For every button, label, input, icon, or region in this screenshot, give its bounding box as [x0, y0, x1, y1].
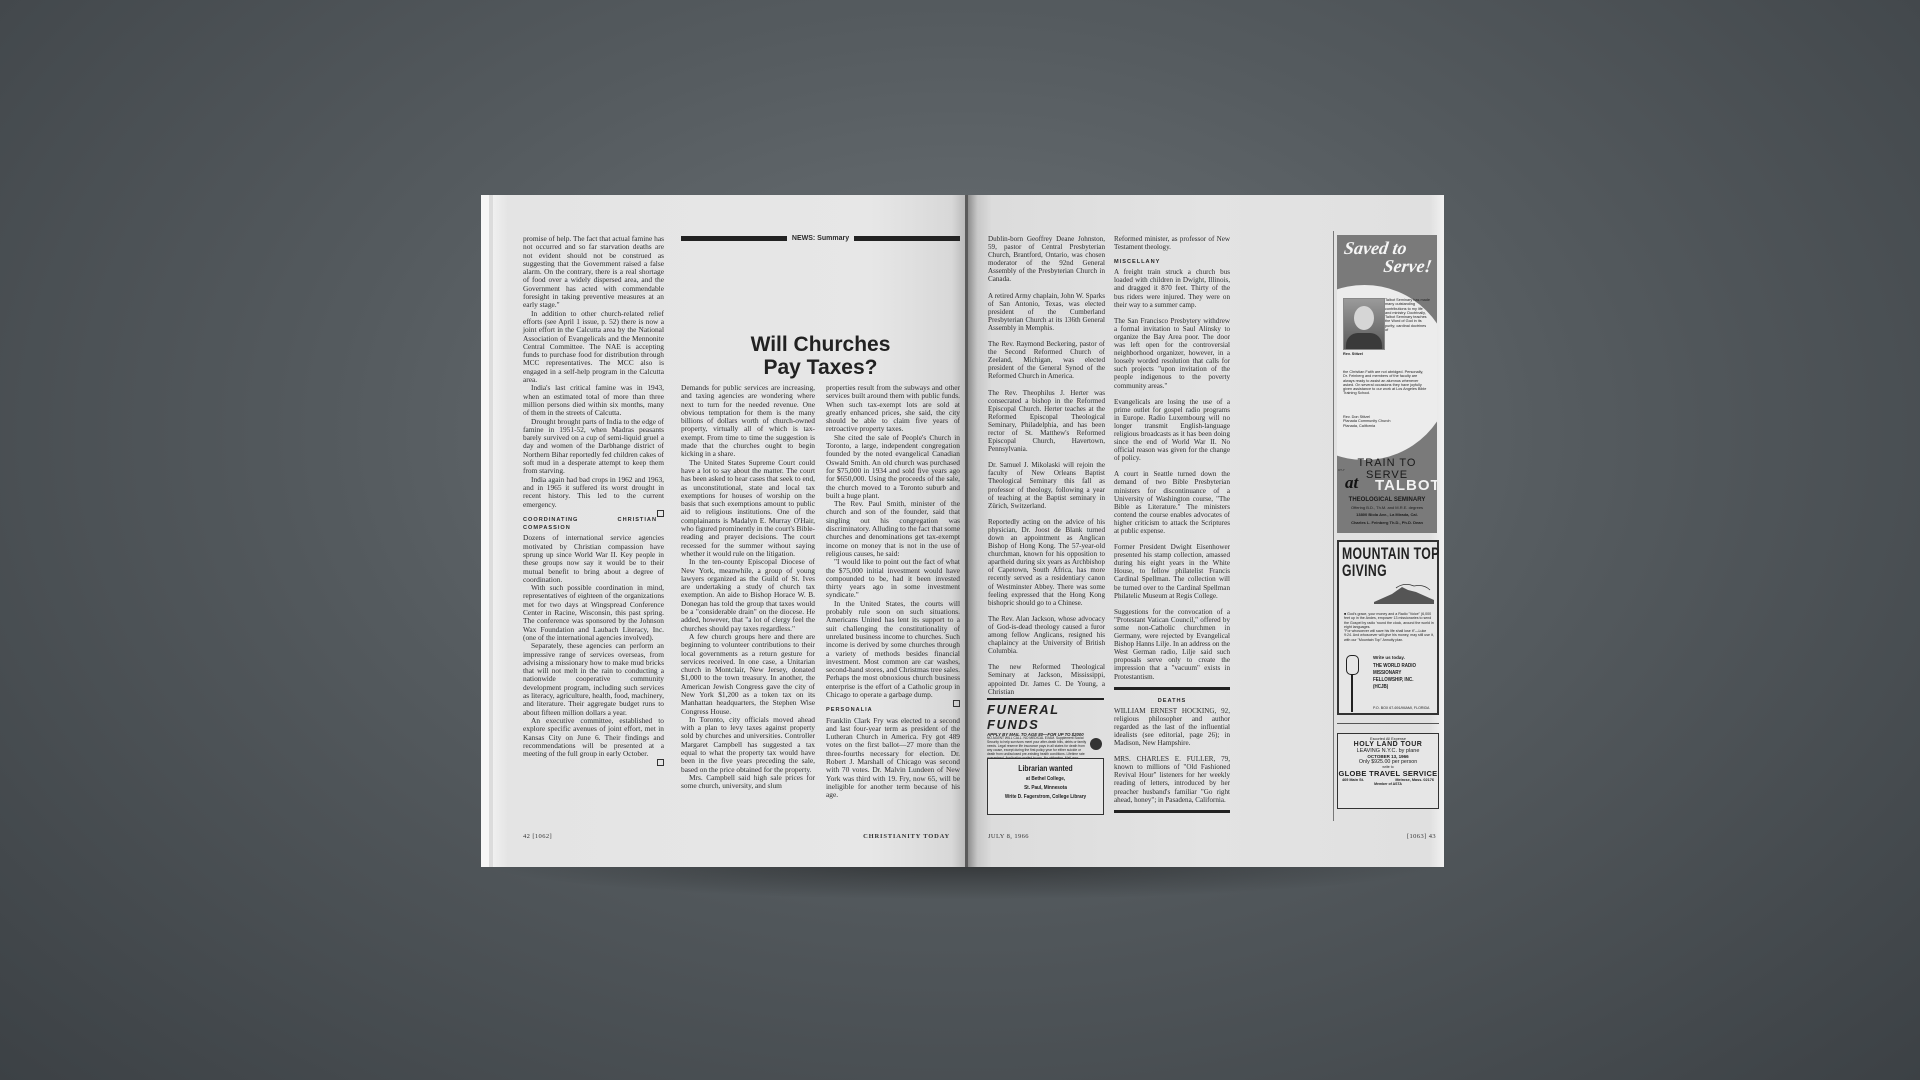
paragraph: Demands for public services are increasi… — [681, 384, 815, 459]
right-column-1: Dublin-born Geoffrey Deane Johnston, 59,… — [988, 235, 1105, 696]
ad-title: HOLY LAND TOUR — [1338, 741, 1438, 748]
paragraph: Reformed minister, as professor of New T… — [1114, 235, 1230, 251]
org-line: FELLOWSHIP, INC. (HCJB) — [1373, 677, 1427, 691]
obituary: WILLIAM ERNEST HOCKING, 92, religious ph… — [1114, 707, 1230, 747]
paragraph: Dublin-born Geoffrey Deane Johnston, 59,… — [988, 235, 1105, 284]
section-heading: DEATHS — [1114, 697, 1230, 705]
ad-headline: Saved to Serve! — [1340, 239, 1435, 275]
paragraph: The San Francisco Presbytery withdrew a … — [1114, 317, 1230, 390]
org-line: THE WORLD RADIO — [1373, 663, 1427, 670]
end-mark-icon — [657, 510, 664, 517]
ad-membership: Member of ASTA — [1338, 782, 1438, 786]
paragraph: Drought brought parts of India to the ed… — [523, 418, 664, 476]
divider — [1337, 723, 1439, 724]
ad-title: MOUNTAIN TOP — [1342, 545, 1408, 562]
suit-shape — [1346, 333, 1382, 349]
paragraph: A retired Army chaplain, John W. Sparks … — [988, 292, 1105, 332]
left-page-number: 42 [1062] — [523, 833, 552, 840]
section-label: NEWS: Summary — [787, 235, 854, 242]
ad-address: P.O. BOX 67-691/MIAMI, FLORIDA — [1373, 706, 1429, 710]
issue-date: JULY 8, 1966 — [988, 833, 1029, 840]
paragraph: properties result from the subways and o… — [826, 384, 960, 434]
librarian-wanted-ad[interactable]: Librarian wanted at Bethel College, St. … — [987, 758, 1104, 815]
end-mark-icon — [657, 759, 664, 766]
ad-organization: THE WORLD RADIO MISSIONARY FELLOWSHIP, I… — [1373, 663, 1427, 691]
talbot-seminary-ad[interactable]: Saved to Serve! Rev. Stitzel Talbot Semi… — [1337, 235, 1437, 533]
article-headline: Will Churches Pay Taxes? — [681, 333, 960, 379]
paragraph: promise of help. The fact that actual fa… — [523, 235, 664, 310]
paragraph: Separately, these agencies can perform a… — [523, 642, 664, 717]
section-heading: MISCELLANY — [1114, 258, 1230, 266]
ad-brand: TALBOT — [1375, 477, 1437, 494]
funeral-funds-ad[interactable]: FUNERAL FUNDS APPLY BY MAIL TO AGE 80—FO… — [987, 698, 1104, 754]
ad-title: GIVING — [1342, 562, 1408, 579]
paragraph: Dr. Samuel J. Mikolaski will rejoin the … — [988, 461, 1105, 510]
ad-line: Write D. Fagerstrom, College Library — [997, 794, 1095, 800]
section-heading: PERSONALIA — [826, 706, 960, 714]
paragraph: The Rev. Paul Smith, minister of the chu… — [826, 500, 960, 558]
headline-line: Serve! — [1340, 257, 1433, 275]
paragraph: A court in Seattle turned down the deman… — [1114, 470, 1230, 535]
paragraph: The Rev. Raymond Beckering, pastor of th… — [988, 340, 1105, 380]
ad-seminary: THEOLOGICAL SEMINARY — [1337, 497, 1437, 503]
paragraph: India's last critical famine was in 1943… — [523, 384, 664, 417]
holy-land-tour-ad[interactable]: Escorted All Expense HOLY LAND TOUR LEAV… — [1337, 733, 1439, 809]
magazine-spread: promise of help. The fact that actual fa… — [481, 195, 1444, 867]
photo-caption: Rev. Stitzel — [1343, 352, 1363, 356]
face-shape — [1354, 306, 1374, 330]
paragraph: In the United States, the courts will pr… — [826, 600, 960, 700]
ad-line: at Bethel College, — [997, 776, 1095, 782]
paragraph: A few church groups here and there are b… — [681, 633, 815, 716]
mountain-top-giving-ad[interactable]: MOUNTAIN TOP GIVING ■ God's grace, your … — [1337, 540, 1439, 715]
end-mark-icon — [953, 700, 960, 707]
ad-address: 13800 Biola Ave., La Mirada, Cal. — [1337, 512, 1437, 517]
paragraph: The new Reformed Theological Seminary at… — [988, 663, 1105, 695]
paragraph: The United States Supreme Court could ha… — [681, 459, 815, 559]
section-label-bar: NEWS: Summary — [681, 235, 960, 242]
headline-line: Saved to — [1343, 238, 1408, 258]
headline-line: Will Churches — [681, 333, 960, 356]
testimonial: Talbot Seminary has made many outstandin… — [1385, 298, 1430, 332]
paragraph: She cited the sale of People's Church in… — [826, 434, 960, 500]
paragraph: In Toronto, city officials moved ahead w… — [681, 716, 815, 774]
signature: Rev. Don Stitzel Planada Community Churc… — [1343, 415, 1427, 428]
section-heading: COORDINATING CHRISTIAN COMPASSION — [523, 516, 664, 533]
ad-company: GLOBE TRAVEL SERVICE — [1338, 769, 1438, 778]
left-column-3: properties result from the subways and o… — [826, 384, 960, 800]
paragraph: Former President Dwight Eisenhower prese… — [1114, 543, 1230, 600]
paragraph: Reportedly acting on the advice of his p… — [988, 518, 1105, 607]
paragraph: Mrs. Campbell said high sale prices for … — [681, 774, 815, 791]
rule — [854, 236, 960, 241]
paragraph: With such possible coordination in mind,… — [523, 584, 664, 642]
org-line: MISSIONARY — [1373, 670, 1427, 677]
microphone-stand — [1351, 674, 1353, 712]
paragraph: Evangelicals are losing the use of a pri… — [1114, 398, 1230, 463]
paragraph: In the ten-county Episcopal Diocese of N… — [681, 558, 815, 633]
paragraph: The Rev. Alan Jackson, whose advocacy of… — [988, 615, 1105, 655]
portrait-photo — [1343, 298, 1385, 350]
ad-line: St. Paul, Minnesota — [997, 785, 1095, 791]
paragraph: India again had bad crops in 1962 and 19… — [523, 476, 664, 509]
ad-degrees: Offering B.D., Th.M. and M.R.E. degrees — [1337, 505, 1437, 510]
left-page: promise of help. The fact that actual fa… — [481, 195, 966, 867]
paragraph: "I would like to point out the fact of w… — [826, 558, 960, 599]
insurance-seal-icon — [1090, 738, 1102, 750]
column-divider — [1333, 231, 1334, 821]
right-column-2: Reformed minister, as professor of New T… — [1114, 235, 1230, 819]
left-column-1: promise of help. The fact that actual fa… — [523, 235, 664, 766]
paragraph: An executive committee, established to e… — [523, 717, 664, 758]
ad-code: CT-7 — [1338, 468, 1345, 472]
ad-dean: Charles L. Feinberg Th.D., Ph.D. Dean — [1337, 520, 1437, 525]
ad-call-to-action: Write us today. — [1373, 655, 1405, 660]
microphone-icon — [1346, 655, 1359, 675]
mountain-icon — [1374, 582, 1434, 604]
paragraph: Franklin Clark Fry was elected to a seco… — [826, 717, 960, 800]
magazine-name: CHRISTIANITY TODAY — [863, 833, 950, 840]
right-page: Dublin-born Geoffrey Deane Johnston, 59,… — [968, 195, 1444, 867]
ad-at: at — [1345, 473, 1358, 493]
divider — [1114, 687, 1230, 690]
address-street: 469 Main St. — [1342, 778, 1364, 782]
divider — [1114, 810, 1230, 813]
rule — [681, 236, 787, 241]
testimonial-cont: the Christian Faith are not abridged. Pe… — [1343, 370, 1427, 396]
paragraph: Suggestions for the convocation of a "Pr… — [1114, 608, 1230, 681]
obituary: MRS. CHARLES E. FULLER, 79, known to mil… — [1114, 755, 1230, 804]
headline-line: Pay Taxes? — [681, 356, 960, 379]
right-page-number: [1063] 43 — [1407, 833, 1436, 840]
paragraph: Dozens of international service agencies… — [523, 534, 664, 584]
paragraph: In addition to other church-related reli… — [523, 310, 664, 385]
paragraph: A freight train struck a church bus load… — [1114, 268, 1230, 308]
left-column-2: Demands for public services are increasi… — [681, 384, 815, 791]
paragraph: The Rev. Theophilus J. Herter was consec… — [988, 389, 1105, 454]
ad-title: Librarian wanted — [997, 764, 1095, 773]
ad-title: FUNERAL FUNDS — [987, 702, 1104, 732]
ad-body: ■ God's grace, your money and a Radio "V… — [1344, 612, 1434, 642]
